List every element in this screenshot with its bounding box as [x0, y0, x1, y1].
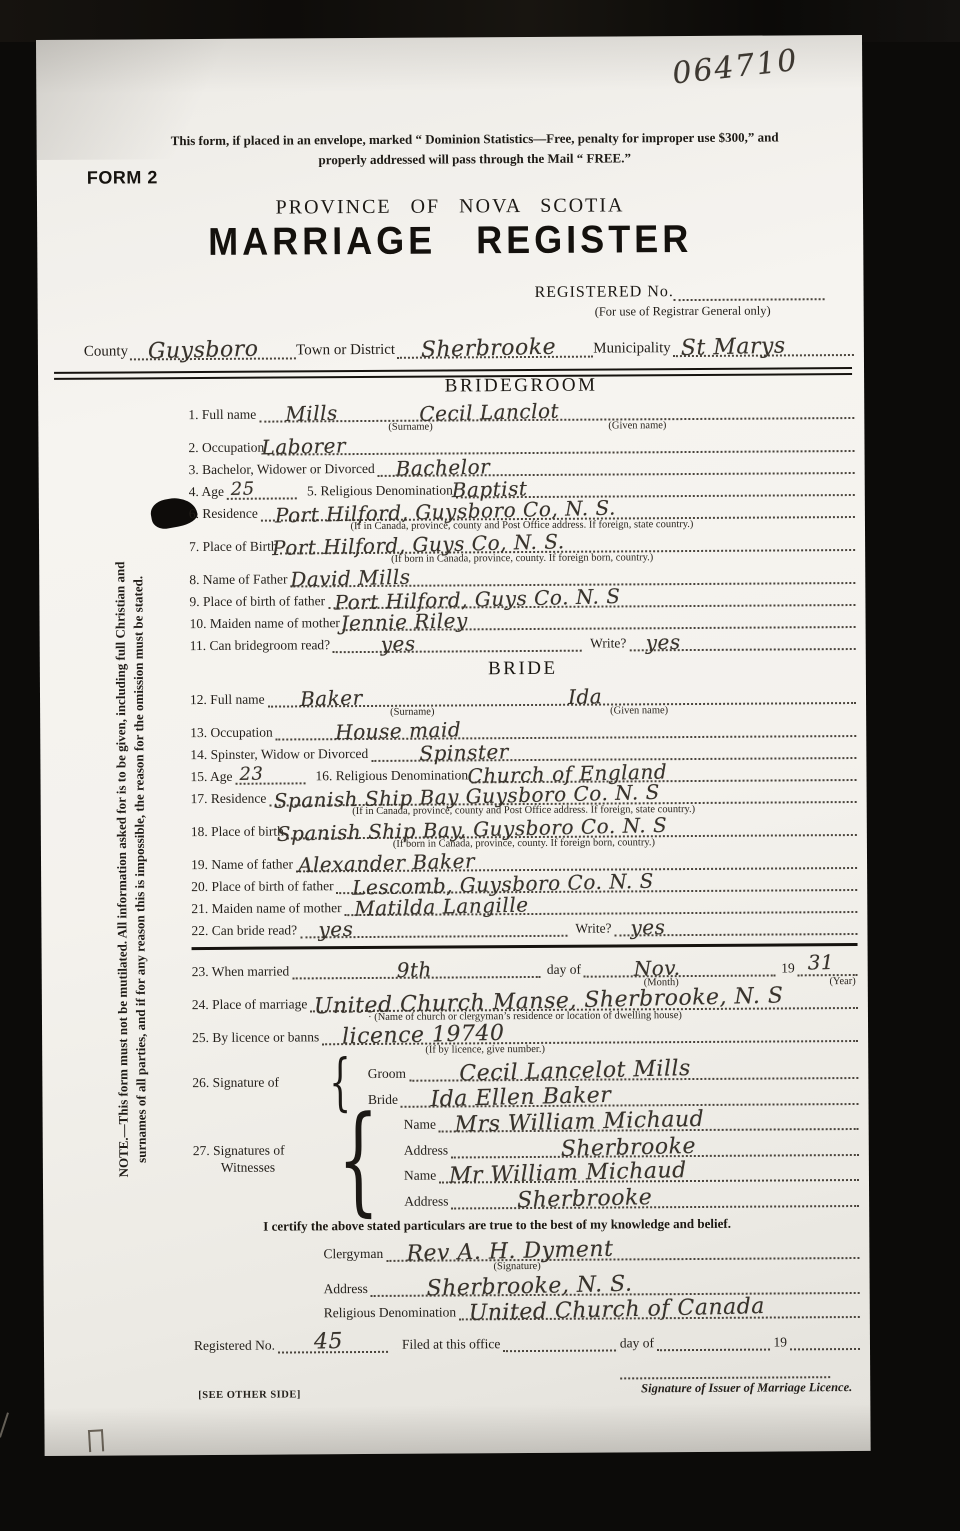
br-father-label: 19. Name of father — [191, 856, 296, 873]
bg-read-value: yes — [381, 631, 416, 656]
filed-line — [503, 1327, 616, 1352]
registered-no-label: REGISTERED No. — [534, 283, 673, 302]
envelope-note-line2: properly addressed will pass through the… — [318, 150, 630, 167]
br-birthplace-line: Spanish Ship Bay, Guysboro Co. N. S — [287, 812, 857, 839]
signature-of-block: 26. Signature of { Groom Cecil Lancelot … — [192, 1053, 858, 1109]
signature-of-label: 26. Signature of — [192, 1074, 320, 1092]
form-body: BRIDEGROOM 1. Full name Mills Cecil Lanc… — [188, 373, 860, 1412]
bg-age-line: 25 — [227, 475, 297, 499]
bg-full-name-line: Mills Cecil Lanclot — [259, 395, 854, 423]
margin-note-line1: NOTE.—This form must not be mutilated. A… — [112, 562, 131, 1178]
signature-fields: Groom Cecil Lancelot Mills Bride Ida Ell… — [360, 1053, 859, 1108]
scanned-document-photo: { "film_number": "064710", "header": { "… — [0, 0, 960, 1531]
field-bg-residence: 6. Residence Port Hilford, Guysboro Co, … — [189, 496, 855, 522]
margin-note-line2: surnames of all parties, and if for any … — [130, 576, 149, 1163]
bg-father-label: 8. Name of Father — [189, 571, 290, 588]
municipality-field: St Marys — [673, 330, 854, 357]
witness2-address-value: Sherbrooke — [517, 1185, 653, 1213]
witness2-name-label: Name — [396, 1168, 439, 1184]
when-month-line: Nov. — [584, 951, 775, 978]
when-year-line: 31 — [798, 950, 858, 976]
municipality-label: Municipality — [593, 340, 673, 357]
place-of-marriage-label: 24. Place of marriage — [192, 996, 311, 1013]
county-label: County — [84, 343, 130, 360]
br-read-label: 22. Can bride read? — [191, 922, 300, 939]
footer-year-prefix: 19 — [769, 1334, 790, 1350]
witness2-address-line: Sherbrooke — [451, 1180, 859, 1209]
town-value: Sherbrooke — [421, 335, 557, 363]
brace-27: { — [337, 1108, 379, 1210]
issuer-zone: Signature of Issuer of Marriage Licence.… — [194, 1362, 860, 1412]
footer-year-line — [790, 1326, 860, 1350]
bg-read-label: 11. Can bridegroom read? — [190, 637, 334, 654]
bg-age-label: 4. Age — [189, 484, 227, 500]
location-row: County Guysboro Town or District Sherbro… — [84, 332, 854, 361]
issuer-signature-line — [620, 1376, 830, 1379]
registered-no-header: REGISTERED No. — [534, 280, 824, 302]
film-number-handwritten: 064710 — [671, 43, 801, 92]
br-occupation-label: 13. Occupation — [190, 725, 276, 742]
br-age-line: 23 — [235, 760, 305, 784]
field-br-residence: 17. Residence Spanish Ship Bay Guysboro … — [191, 781, 857, 807]
br-birthplace-label: 18. Place of birth — [191, 823, 287, 840]
envelope-instruction-note: This form, if placed in an envelope, mar… — [125, 127, 825, 170]
br-full-name-label: 12. Full name — [190, 692, 268, 708]
field-registered-filed: Registered No. 45 Filed at this office d… — [194, 1328, 860, 1354]
bg-residence-line: Port Hilford, Guysboro Co, N. S. — [261, 494, 855, 522]
witness2-address-label: Address — [396, 1193, 451, 1209]
br-read-line: yes — [300, 913, 567, 939]
footer-registered-no-label: Registered No. — [194, 1338, 278, 1355]
field-licence: 25. By licence or banns licence 19740 — [192, 1020, 858, 1046]
year-prefix-label: 19 — [775, 960, 798, 976]
town-field: Sherbrooke — [397, 332, 593, 359]
br-write-line: yes — [614, 911, 857, 936]
br-read-value: yes — [318, 917, 353, 942]
field-clergy-denomination: Religious Denomination United Church of … — [194, 1294, 860, 1322]
clergy-denomination-value: United Church of Canada — [469, 1294, 766, 1326]
when-year-value: 31 — [807, 950, 834, 975]
registered-no-blank — [674, 278, 825, 301]
town-label: Town or District — [296, 342, 397, 360]
place-of-marriage-line: United Church Manse, Sherbrooke, N. S — [310, 985, 858, 1012]
witnesses-block: 27. Signatures of Witnesses { Name Mrs W… — [193, 1105, 860, 1211]
br-full-name-line: Baker Ida — [268, 680, 857, 708]
witnesses-label-line2: Witnesses — [193, 1160, 275, 1176]
witness-fields: Name Mrs William Michaud Address Sherbro… — [396, 1105, 860, 1210]
clergy-denomination-line: United Church of Canada — [459, 1292, 860, 1320]
bg-read-line: yes — [333, 628, 582, 654]
bg-residence-label: 6. Residence — [189, 506, 261, 522]
clergy-denom-indent — [194, 1321, 324, 1322]
field-br-birthplace: 18. Place of birth Spanish Ship Bay, Guy… — [191, 814, 857, 840]
county-value: Guysboro — [148, 337, 259, 365]
witnesses-label: 27. Signatures of Witnesses — [193, 1142, 321, 1177]
margin-note-vertical: NOTE.—This form must not be mutilated. A… — [111, 529, 151, 1209]
section-divider-rule — [192, 943, 858, 950]
issuer-caption: Signature of Issuer of Marriage Licence. — [641, 1380, 852, 1396]
field-br-read-write: 22. Can bride read? yes Write? yes — [191, 913, 857, 939]
footer-registered-no-value: 45 — [314, 1329, 344, 1355]
witness1-name-label: Name — [396, 1117, 439, 1133]
footer-registered-no-line: 45 — [278, 1329, 388, 1354]
filed-label: Filed at this office — [388, 1336, 503, 1353]
footer-day-of-label: day of — [616, 1335, 657, 1351]
bg-write-value: yes — [645, 630, 680, 655]
bg-mother-label: 10. Maiden name of mother — [190, 615, 343, 632]
br-residence-line: Spanish Ship Bay Guysboro Co. N. S — [269, 779, 856, 807]
br-age-label: 15. Age — [190, 769, 235, 785]
licence-line: licence 19740 — [322, 1018, 858, 1045]
day-of-label: day of — [541, 962, 584, 978]
clergyman-line: Rev A. H. Dyment — [386, 1233, 859, 1262]
br-father-birthplace-label: 20. Place of birth of father — [191, 878, 337, 895]
br-write-label: Write? — [567, 920, 614, 936]
page-title: MARRIAGE REGISTER — [37, 215, 863, 265]
br-age-value: 23 — [239, 763, 263, 785]
envelope-note-line1: This form, if placed in an envelope, mar… — [171, 129, 779, 148]
bg-occupation-value: Laborer — [261, 433, 346, 459]
pencil-mark — [88, 1429, 104, 1452]
field-place-of-marriage: 24. Place of marriage United Church Mans… — [192, 987, 858, 1013]
bg-birthplace-line: Port Hilford, Guys Co, N. S. — [280, 527, 855, 555]
municipality-value: St Marys — [680, 334, 785, 361]
clergy-address-label: Address — [324, 1281, 371, 1297]
marriage-register-page: 064710 This form, if placed in an envelo… — [36, 35, 871, 1456]
see-other-side-note: [SEE OTHER SIDE] — [198, 1389, 301, 1401]
groom-signature-line: Cecil Lancelot Mills — [409, 1051, 858, 1081]
when-married-label: 23. When married — [192, 963, 293, 980]
registrar-general-note: (For use of Registrar General only) — [538, 303, 828, 320]
field-bg-read-write: 11. Can bridegroom read? yes Write? yes — [190, 628, 856, 654]
bg-full-name-label: 1. Full name — [188, 407, 259, 423]
clergyman-label: Clergyman — [323, 1246, 386, 1262]
groom-label: Groom — [360, 1065, 409, 1081]
br-residence-label: 17. Residence — [191, 791, 270, 807]
bg-occupation-label: 2. Occupation — [188, 440, 267, 456]
field-bg-birthplace: 7. Place of Birth Port Hilford, Guys Co,… — [189, 529, 855, 555]
bg-write-line: yes — [629, 626, 856, 651]
br-write-value: yes — [630, 915, 665, 940]
bg-write-label: Write? — [582, 635, 629, 651]
bg-age-value: 25 — [231, 478, 255, 500]
witnesses-label-line1: 27. Signatures of — [193, 1143, 285, 1159]
county-field: Guysboro — [130, 333, 296, 360]
when-day-line: 9th — [292, 952, 541, 980]
footer-day-line — [657, 1327, 770, 1352]
clergy-denomination-label: Religious Denomination — [324, 1304, 459, 1321]
bg-birthplace-label: 7. Place of Birth — [189, 539, 281, 556]
field-witness2-address: Address Sherbrooke — [396, 1182, 859, 1210]
licence-label: 25. By licence or banns — [192, 1029, 322, 1046]
bg-father-birthplace-label: 9. Place of birth of father — [189, 593, 328, 610]
film-scratch-mark — [0, 1412, 9, 1437]
form-number-label: FORM 2 — [87, 167, 158, 188]
